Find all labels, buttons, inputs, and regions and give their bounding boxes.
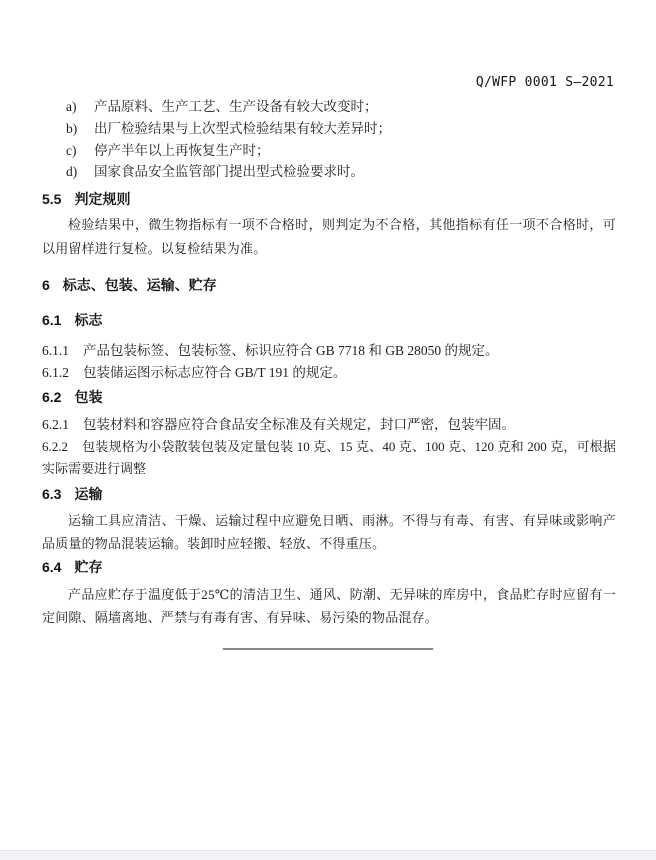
clause-text: 包装规格为小袋散装包装及定量包装 10 克、15 克、40 克、100 克、12… [42, 439, 616, 476]
section-title: 判定规则 [74, 191, 130, 207]
paragraph-transport: 运输工具应清洁、干燥、运输过程中应避免日晒、雨淋。不得与有毒、有害、有异味或影响… [42, 510, 616, 555]
list-item-letter: c) [66, 140, 94, 162]
list-item-text: 产品原料、生产工艺、生产设备有较大改变时； [94, 96, 378, 118]
section-heading-6-1: 6.1标志 [42, 310, 102, 330]
section-number: 6.2 [42, 389, 61, 405]
section-heading-6-2: 6.2包装 [42, 387, 102, 407]
section-number: 6.1 [42, 312, 61, 328]
section-title: 运输 [74, 486, 102, 502]
list-item: b) 出厂检验结果与上次型式检验结果有较大差异时； [66, 118, 391, 140]
document-page: Q/WFP 0001 S—2021 a) 产品原料、生产工艺、生产设备有较大改变… [0, 0, 656, 860]
clause-6-1-1: 6.1.1产品包装标签、包装标签、标识应符合 GB 7718 和 GB 2805… [42, 340, 616, 362]
list-item: d) 国家食品安全监管部门提出型式检验要求时。 [66, 161, 391, 183]
list-item: a) 产品原料、生产工艺、生产设备有较大改变时； [66, 96, 391, 118]
section-title: 包装 [74, 389, 102, 405]
clause-6-2-2: 6.2.2包装规格为小袋散装包装及定量包装 10 克、15 克、40 克、100… [42, 436, 616, 480]
type-inspection-condition-list: a) 产品原料、生产工艺、生产设备有较大改变时； b) 出厂检验结果与上次型式检… [66, 96, 391, 183]
section-number: 6.3 [42, 486, 61, 502]
list-item-text: 停产半年以上再恢复生产时； [94, 140, 270, 162]
paragraph-storage: 产品应贮存于温度低于25℃的清洁卫生、通风、防潮、无异味的库房中，食品贮存时应留… [42, 584, 616, 629]
clause-number: 6.1.2 [42, 365, 83, 380]
list-item-letter: d) [66, 161, 94, 183]
clause-number: 6.2.2 [42, 439, 82, 454]
section-heading-5-5: 5.5判定规则 [42, 189, 130, 209]
section-heading-6-3: 6.3运输 [42, 484, 102, 504]
clause-text: 包装材料和容器应符合食品安全标准及有关规定，封口严密，包装牢固。 [83, 417, 515, 432]
clause-text: 产品包装标签、包装标签、标识应符合 GB 7718 和 GB 28050 的规定… [83, 343, 499, 358]
list-item-text: 出厂检验结果与上次型式检验结果有较大差异时； [94, 118, 391, 140]
clause-6-2-1: 6.2.1包装材料和容器应符合食品安全标准及有关规定，封口严密，包装牢固。 [42, 414, 616, 436]
section-heading-6: 6标志、包装、运输、贮存 [42, 275, 217, 295]
clause-number: 6.2.1 [42, 417, 83, 432]
list-item-letter: a) [66, 96, 94, 118]
section-number: 5.5 [42, 191, 61, 207]
section-number: 6.4 [42, 559, 61, 575]
section-heading-6-4: 6.4贮存 [42, 557, 102, 577]
paragraph-judgment-rules: 检验结果中，微生物指标有一项不合格时，则判定为不合格，其他指标有任一项不合格时，… [42, 213, 616, 261]
section-title: 贮存 [74, 559, 102, 575]
clause-text: 包装储运图示标志应符合 GB/T 191 的规定。 [83, 365, 346, 380]
list-item: c) 停产半年以上再恢复生产时； [66, 140, 391, 162]
standard-code-header: Q/WFP 0001 S—2021 [476, 75, 614, 90]
section-title: 标志 [74, 312, 102, 328]
document-end-line: —————————— [0, 636, 656, 658]
clause-6-1-2: 6.1.2包装储运图示标志应符合 GB/T 191 的规定。 [42, 362, 616, 384]
list-item-letter: b) [66, 118, 94, 140]
section-number: 6 [42, 277, 50, 293]
clause-number: 6.1.1 [42, 343, 83, 358]
section-title: 标志、包装、运输、贮存 [63, 277, 217, 293]
list-item-text: 国家食品安全监管部门提出型式检验要求时。 [94, 161, 364, 183]
viewer-background-strip [0, 850, 656, 860]
